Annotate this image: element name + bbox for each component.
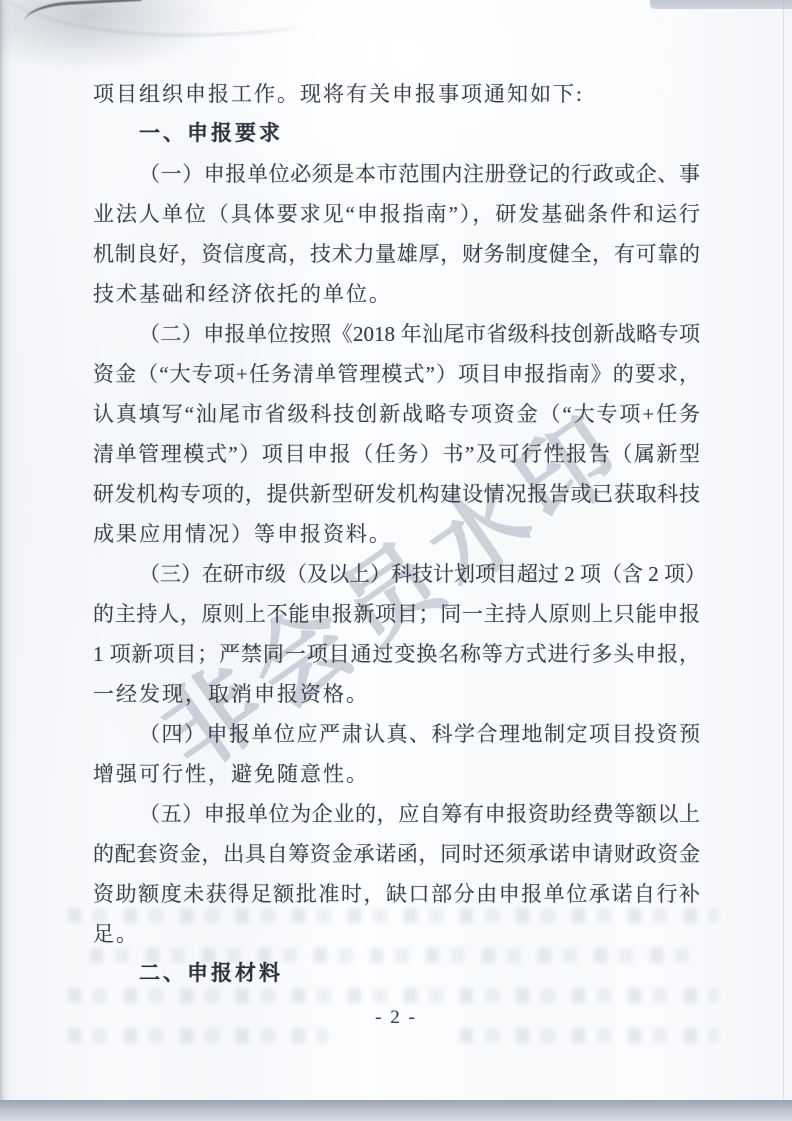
body-line: （三）在研市级（及以上）科技计划项目超过 2 项（含 2 项） xyxy=(93,554,700,594)
body-line: 增强可行性，避免随意性。 xyxy=(93,754,700,794)
page-number: - 2 - xyxy=(0,1007,792,1029)
body-line: 机制良好，资信度高，技术力量雄厚，财务制度健全，有可靠的 xyxy=(93,234,700,274)
body-line: （二）申报单位按照《2018 年汕尾市省级科技创新战略专项 xyxy=(93,314,700,354)
body-line: （一）申报单位必须是本市范围内注册登记的行政或企、事 xyxy=(93,154,700,194)
scan-bottom-edge-band xyxy=(0,1100,792,1121)
body-line: 资金（“大专项+任务清单管理模式”）项目申报指南》的要求， xyxy=(93,354,700,394)
body-line: 的主持人，原则上不能申报新项目；同一主持人原则上只能申报 xyxy=(93,594,700,634)
body-line: （四）申报单位应严肃认真、科学合理地制定项目投资预算， xyxy=(93,714,700,754)
body-line: 清单管理模式”）项目申报（任务）书”及可行性报告（属新型 xyxy=(93,434,700,474)
scan-left-edge xyxy=(0,0,12,1121)
body-line: 一经发现，取消申报资格。 xyxy=(93,674,700,714)
document-body: 项目组织申报工作。现将有关申报事项通知如下: 一、申报要求 （一）申报单位必须是… xyxy=(93,74,700,994)
body-line: 项目组织申报工作。现将有关申报事项通知如下: xyxy=(93,74,700,114)
body-line: 的配套资金，出具自筹资金承诺函，同时还须承诺申请财政资金 xyxy=(93,834,700,874)
body-line: 业法人单位（具体要求见“申报指南”），研发基础条件和运行 xyxy=(93,194,700,234)
bleedthrough-row xyxy=(68,1028,328,1043)
body-line: 1 项新项目；严禁同一项目通过变换名称等方式进行多头申报， xyxy=(93,634,700,674)
scanned-document-page: 非会员水印 项目组织申报工作。现将有关申报事项通知如下: 一、申报要求 （一）申… xyxy=(0,0,792,1121)
bleedthrough-row xyxy=(460,1028,718,1043)
scan-top-right-strip xyxy=(650,0,792,9)
body-line: 足。 xyxy=(93,914,700,954)
body-line: 技术基础和经济依托的单位。 xyxy=(93,274,700,314)
body-line: （五）申报单位为企业的，应自筹有申报资助经费等额以上 xyxy=(93,794,700,834)
body-line: 认真填写“汕尾市省级科技创新战略专项资金（“大专项+任务 xyxy=(93,394,700,434)
section-heading-requirements: 一、申报要求 xyxy=(93,114,700,154)
scan-right-edge-line xyxy=(783,0,784,1121)
body-line: 资助额度未获得足额批准时，缺口部分由申报单位承诺自行补 xyxy=(93,874,700,914)
body-line: 研发机构专项的，提供新型研发机构建设情况报告或已获取科技 xyxy=(93,474,700,514)
section-heading-materials: 二、申报材料 xyxy=(93,954,700,994)
body-line: 成果应用情况）等申报资料。 xyxy=(93,514,700,554)
